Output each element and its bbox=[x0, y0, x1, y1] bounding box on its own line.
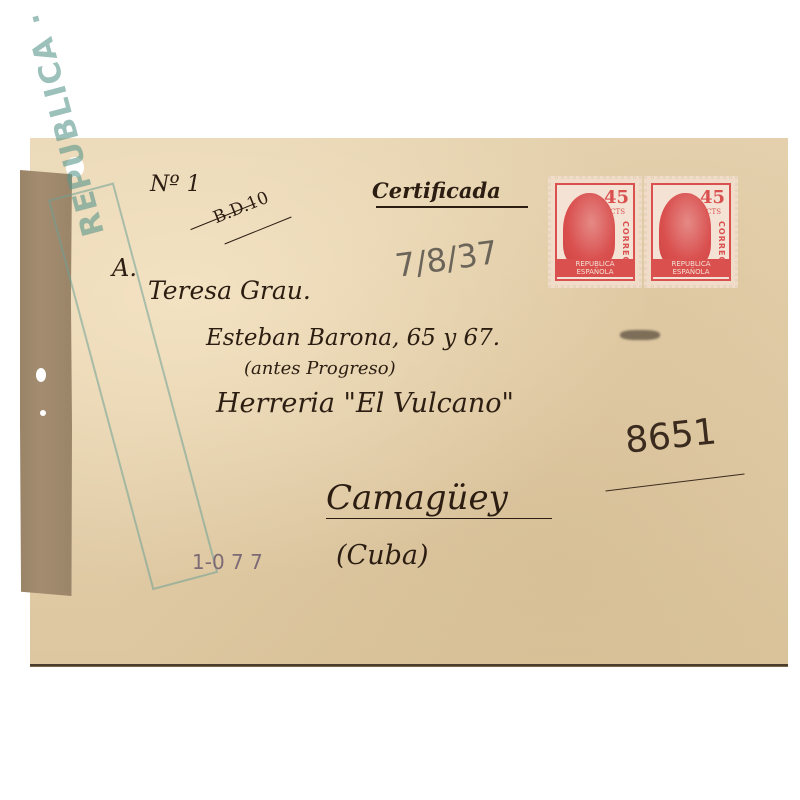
city-underline bbox=[326, 518, 552, 519]
stamp-value: 45 bbox=[700, 187, 725, 208]
strip-hole bbox=[36, 368, 46, 382]
stamp-unit: CTS bbox=[610, 208, 625, 216]
business-name: Herreria "El Vulcano" bbox=[216, 388, 514, 419]
registry-number: Nº 1 bbox=[150, 172, 201, 197]
stamp-country: REPUBLICA ESPAÑOLA bbox=[557, 259, 633, 277]
street-note: (antes Progreso) bbox=[244, 358, 396, 379]
city: Camagüey bbox=[326, 478, 508, 518]
postage-stamp: 45 CTS CORREOS REPUBLICA ESPAÑOLA bbox=[644, 176, 738, 288]
stamp-unit: CTS bbox=[706, 208, 721, 216]
addressee-name: Teresa Grau. bbox=[148, 276, 311, 305]
service-label: Certificada bbox=[372, 178, 501, 203]
addressee-prefix: A. bbox=[112, 254, 137, 282]
postmark-smudge bbox=[620, 330, 660, 340]
country: (Cuba) bbox=[336, 540, 429, 571]
stamp-country: REPUBLICA ESPAÑOLA bbox=[653, 259, 729, 277]
service-underline bbox=[376, 206, 528, 208]
strip-hole bbox=[40, 410, 46, 416]
postage-stamp: 45 CTS CORREOS REPUBLICA ESPAÑOLA bbox=[548, 176, 642, 288]
stamp-value: 45 bbox=[604, 187, 629, 208]
pencil-mark: 1-0 7 7 bbox=[192, 550, 263, 574]
street-address: Esteban Barona, 65 y 67. bbox=[206, 325, 500, 351]
